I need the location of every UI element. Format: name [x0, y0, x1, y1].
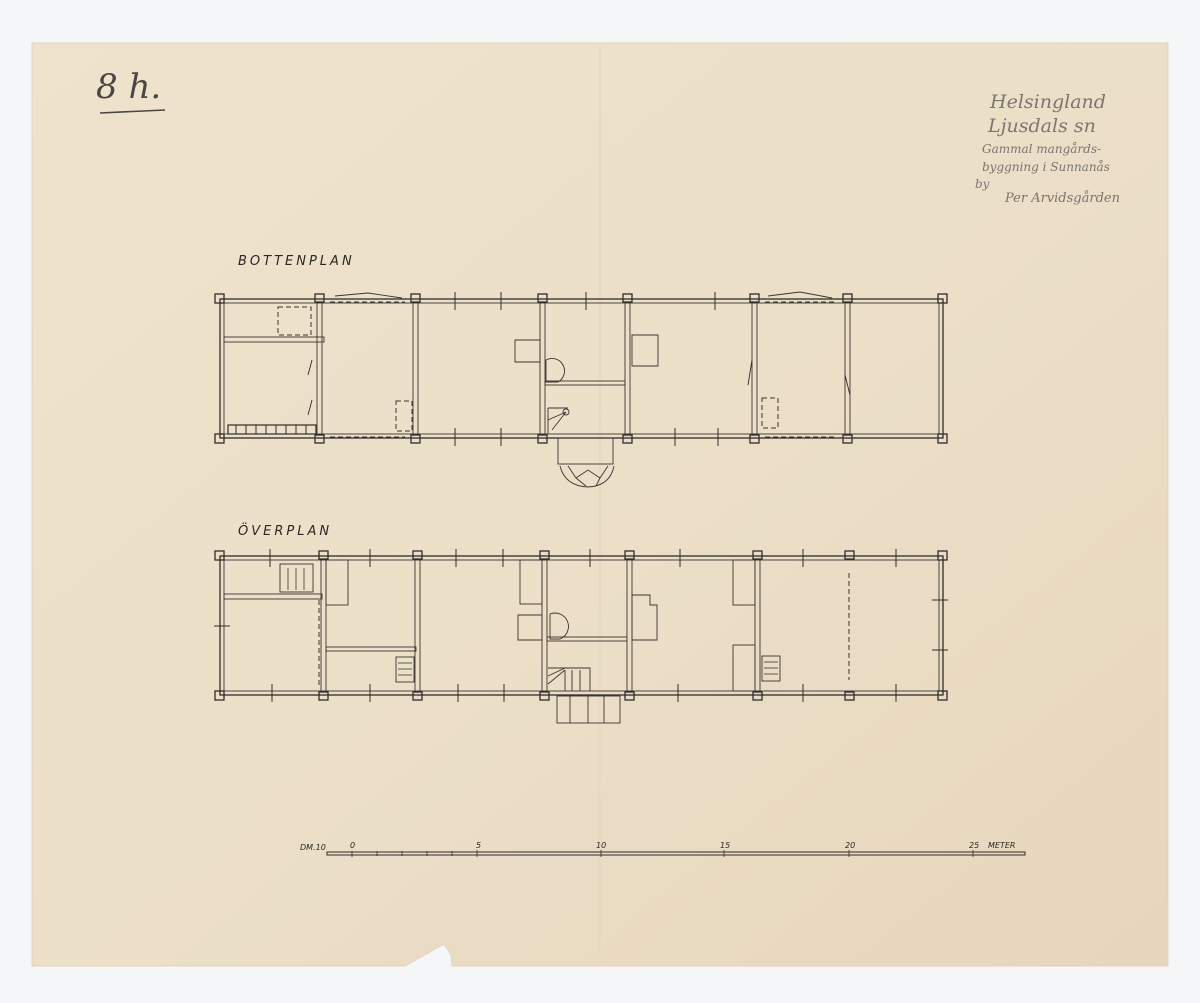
svg-text:Gammal mangårds-: Gammal mangårds-	[982, 141, 1101, 156]
svg-text:byggning i Sunnanås: byggning i Sunnanås	[982, 159, 1110, 174]
svg-text:0: 0	[350, 841, 355, 850]
svg-text:15: 15	[720, 841, 730, 850]
svg-text:Per Arvidsgården: Per Arvidsgården	[1004, 190, 1120, 206]
svg-text:METER: METER	[988, 841, 1015, 850]
upper-plan-title: ÖVERPLAN	[238, 522, 332, 539]
ground-plan-title: BOTTENPLAN	[238, 254, 355, 269]
svg-text:5: 5	[476, 841, 481, 850]
svg-text:DM.10: DM.10	[300, 843, 326, 852]
svg-text:by: by	[975, 177, 990, 191]
svg-text:Helsingland: Helsingland	[989, 91, 1106, 113]
svg-text:Ljusdals sn: Ljusdals sn	[987, 115, 1096, 137]
svg-text:25: 25	[969, 841, 979, 850]
svg-text:10: 10	[596, 841, 606, 850]
sheet-number: 8 h.	[96, 67, 165, 113]
svg-text:20: 20	[845, 841, 855, 850]
svg-text:8 h.: 8 h.	[96, 67, 161, 107]
archival-drawing-sheet: 8 h. Helsingland Ljusdals sn Gammal mang…	[0, 0, 1200, 1003]
